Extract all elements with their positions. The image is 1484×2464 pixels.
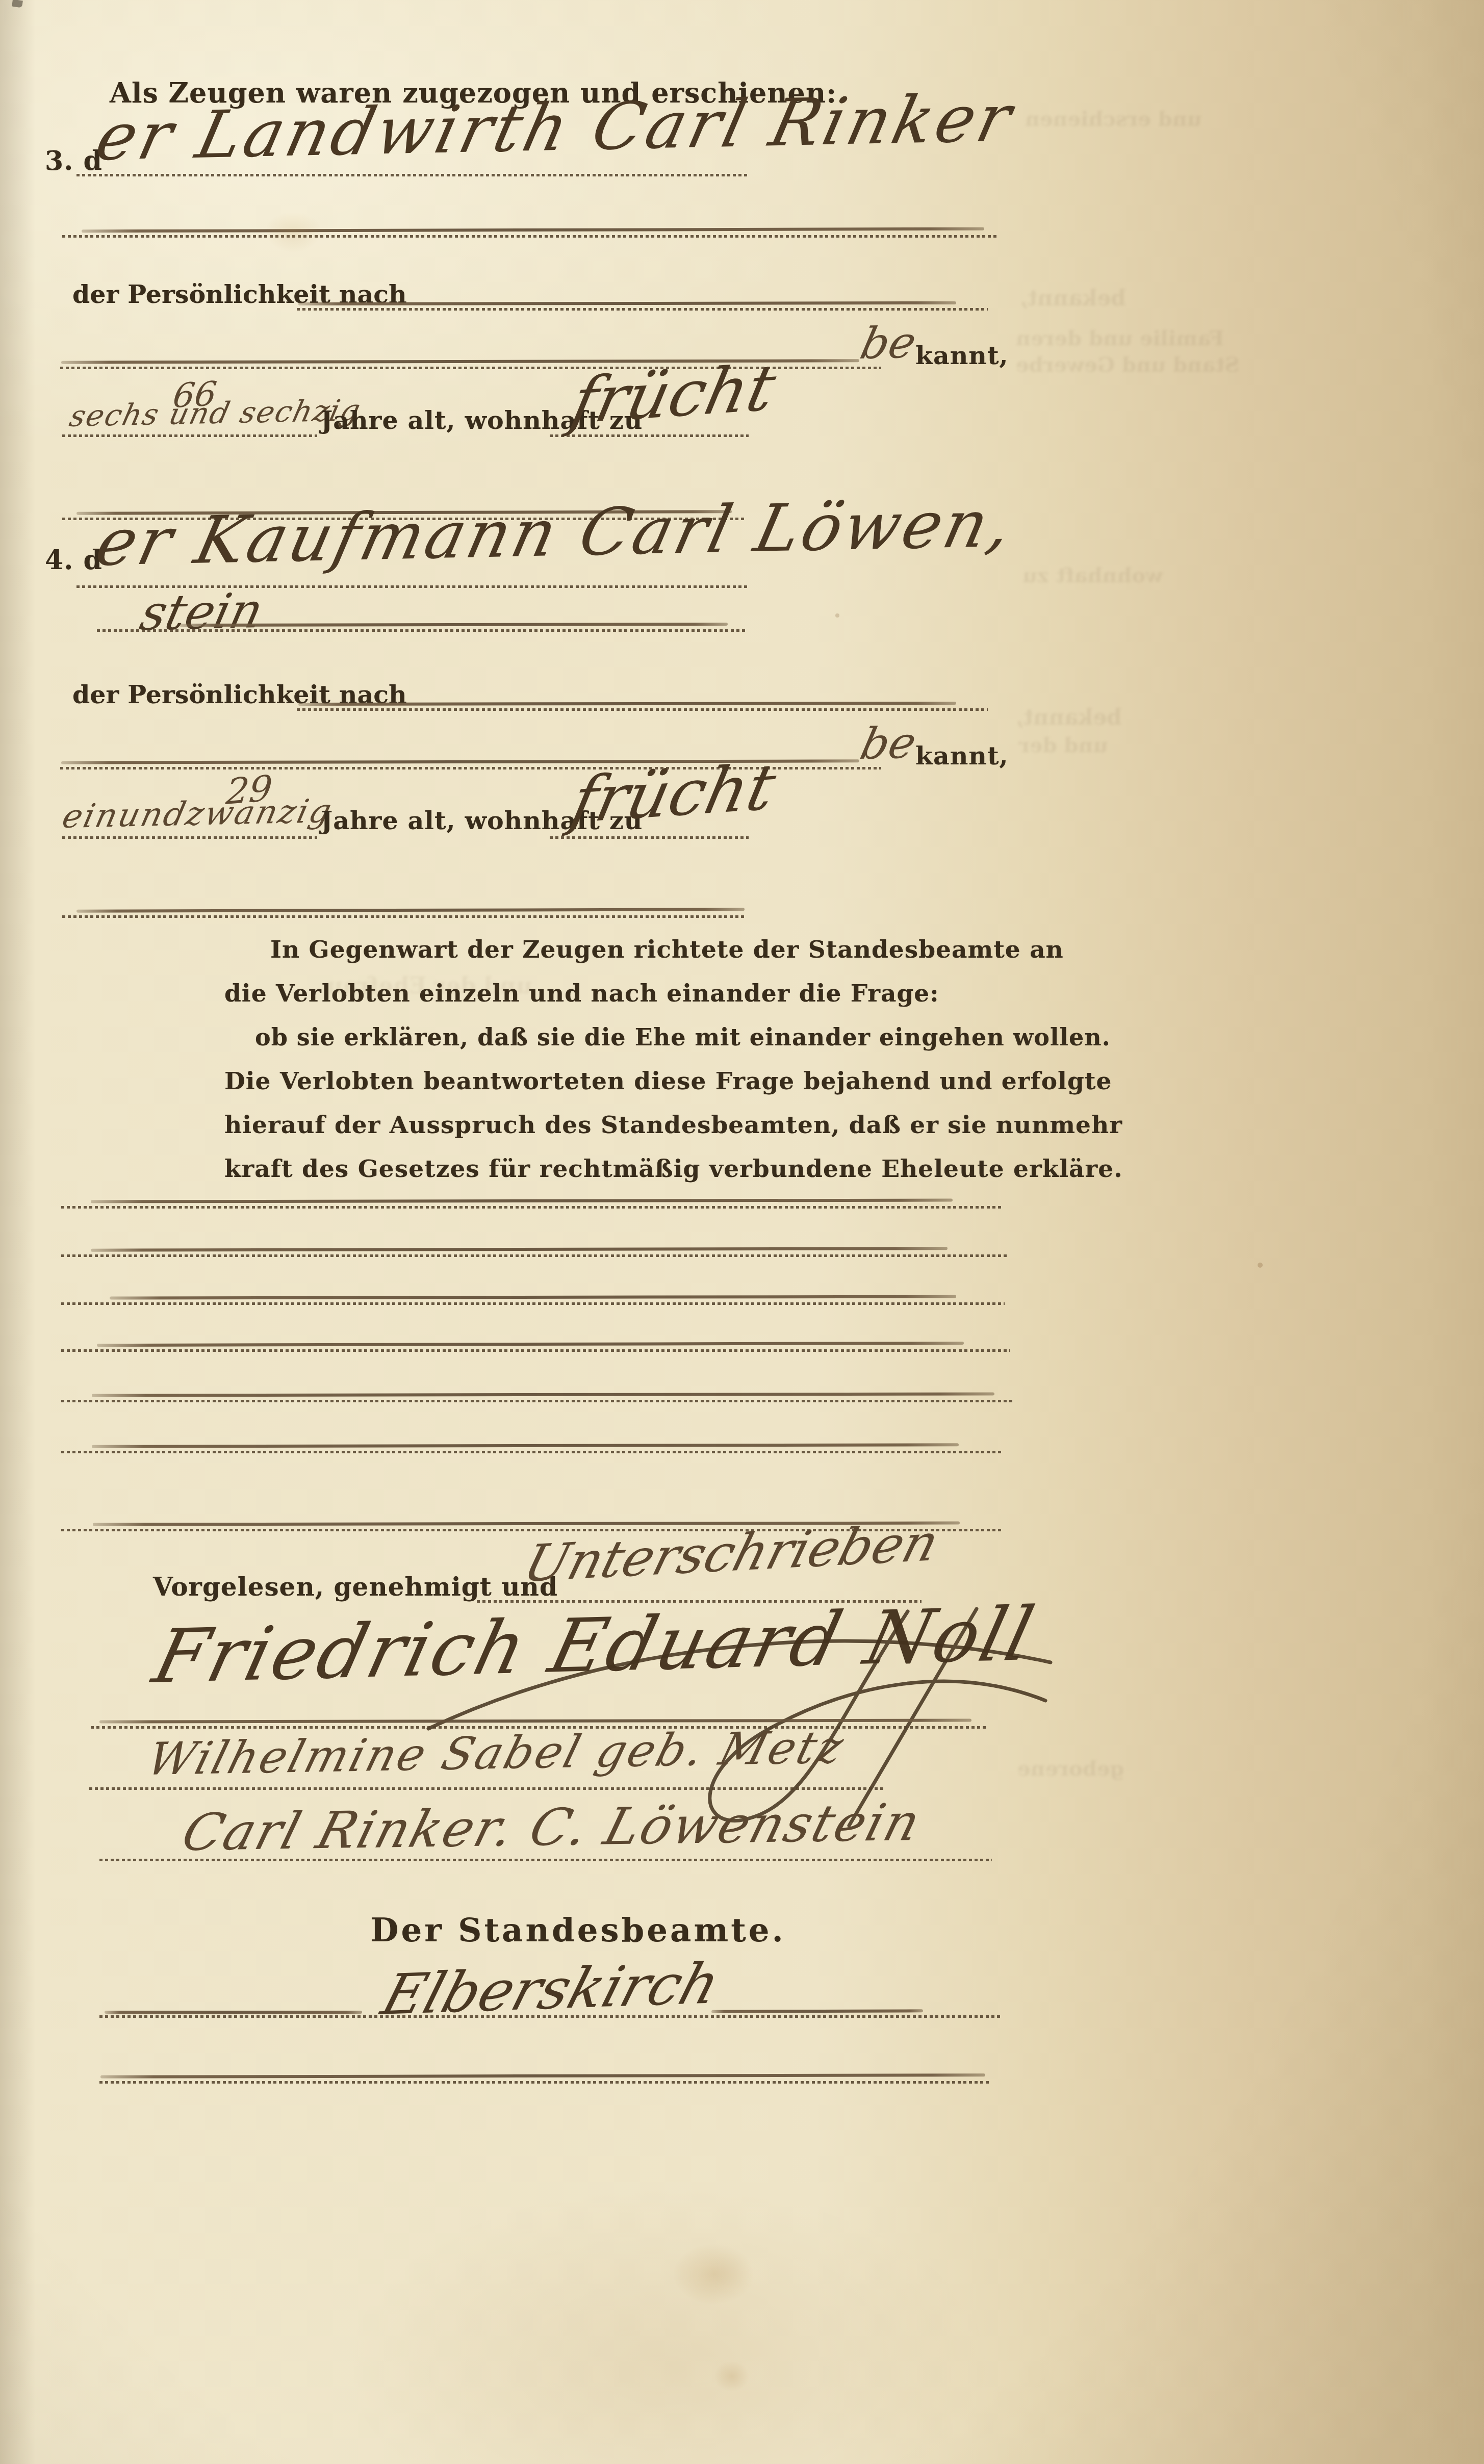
ruled-line — [61, 1206, 1002, 1209]
ink-strikethrough — [298, 702, 956, 706]
witness-4-age-handwriting: einundzwanzig — [59, 792, 337, 836]
bleed-through-text: Stand und Gewerbe — [1016, 353, 1239, 377]
paper-stain — [714, 2361, 750, 2392]
ruled-line — [62, 836, 317, 839]
ink-strikethrough — [92, 1443, 959, 1448]
ink-strikethrough — [91, 1247, 948, 1252]
ruled-line — [61, 1400, 1015, 1402]
ink-strikethrough — [82, 227, 984, 233]
witness-3-residence-handwriting: frücht — [565, 351, 782, 439]
closing-printed-label: Vorgelesen, genehmigt und — [153, 1572, 558, 1602]
bleed-through-text: geborene — [1017, 1757, 1124, 1781]
ink-strikethrough — [180, 623, 728, 627]
register-page-scan: Als Zeugen waren zugezogen und erschiene… — [0, 0, 1484, 2464]
ink-strikethrough — [97, 1342, 964, 1347]
bleed-through-text: und der — [1019, 733, 1108, 757]
ruled-line — [61, 1451, 1002, 1453]
paper-stain — [673, 2244, 755, 2305]
bleed-through-text: bekannt, — [1020, 286, 1126, 311]
ruled-line — [62, 434, 317, 437]
witness-4-name-handwriting: er Kaufmann Carl Löwen, — [89, 486, 1021, 581]
ruled-line — [76, 174, 750, 176]
ruled-line — [61, 1302, 1005, 1305]
ruled-line — [61, 1349, 1010, 1352]
declaration-line: kraft des Gesetzes für rechtmäßig verbun… — [224, 1155, 1123, 1183]
bleed-through-text: wohnhaft zu — [1022, 563, 1163, 587]
declaration-line: In Gegenwart der Zeugen richtete der Sta… — [270, 936, 1064, 964]
bleed-through-text: bekannt, — [1016, 705, 1122, 730]
witness-4-known-handwriting: be — [856, 718, 921, 769]
ruled-line — [61, 1254, 1007, 1257]
bleed-through-text: Familie und deren — [1016, 326, 1224, 350]
declaration-line: hierauf der Ausspruch des Standesbeamten… — [224, 1111, 1122, 1139]
paper-stain — [835, 613, 839, 618]
declaration-line: ob sie erklären, daß sie die Ehe mit ein… — [255, 1023, 1111, 1051]
ink-strikethrough — [298, 301, 956, 305]
ruled-line — [62, 235, 997, 238]
registrar-title: Der Standesbeamte. — [370, 1911, 786, 1949]
page-corner-mark — [12, 0, 23, 8]
ruled-line — [99, 1859, 992, 1861]
ink-strikethrough — [100, 2073, 985, 2078]
ruled-line — [99, 2081, 991, 2084]
witness-3-age-handwriting: sechs und sechzig — [66, 393, 365, 433]
ink-strikethrough — [110, 1295, 956, 1300]
ink-strikethrough — [76, 908, 745, 912]
paper-stain — [1258, 1263, 1263, 1268]
ink-strikethrough — [91, 1199, 953, 1203]
witness-4-name-continuation-handwriting: stein — [135, 583, 268, 641]
ruled-line — [297, 308, 988, 311]
ruled-line — [62, 915, 746, 918]
bleed-through-text: und der Ehefrau — [326, 973, 532, 999]
witness-3-known-handwriting: be — [856, 318, 921, 369]
witness-signatures-handwriting: Carl Rinker. C. Löwenstein — [176, 1792, 928, 1862]
bleed-through-text: und erschienen — [1025, 107, 1202, 131]
ruled-line — [97, 629, 746, 632]
ruled-line — [297, 708, 988, 711]
witness-4-residence-handwriting: frücht — [565, 750, 782, 838]
witness-4-known-printed: kannt, — [915, 741, 1009, 771]
declaration-line: Die Verlobten beantworteten diese Frage … — [224, 1067, 1112, 1095]
ink-strikethrough — [105, 2011, 362, 2014]
ink-strikethrough — [92, 1392, 994, 1397]
ruled-line — [89, 1787, 885, 1790]
ink-strikethrough — [711, 2009, 923, 2013]
ruled-line — [99, 2015, 1001, 2018]
witness-3-known-printed: kannt, — [915, 341, 1009, 370]
